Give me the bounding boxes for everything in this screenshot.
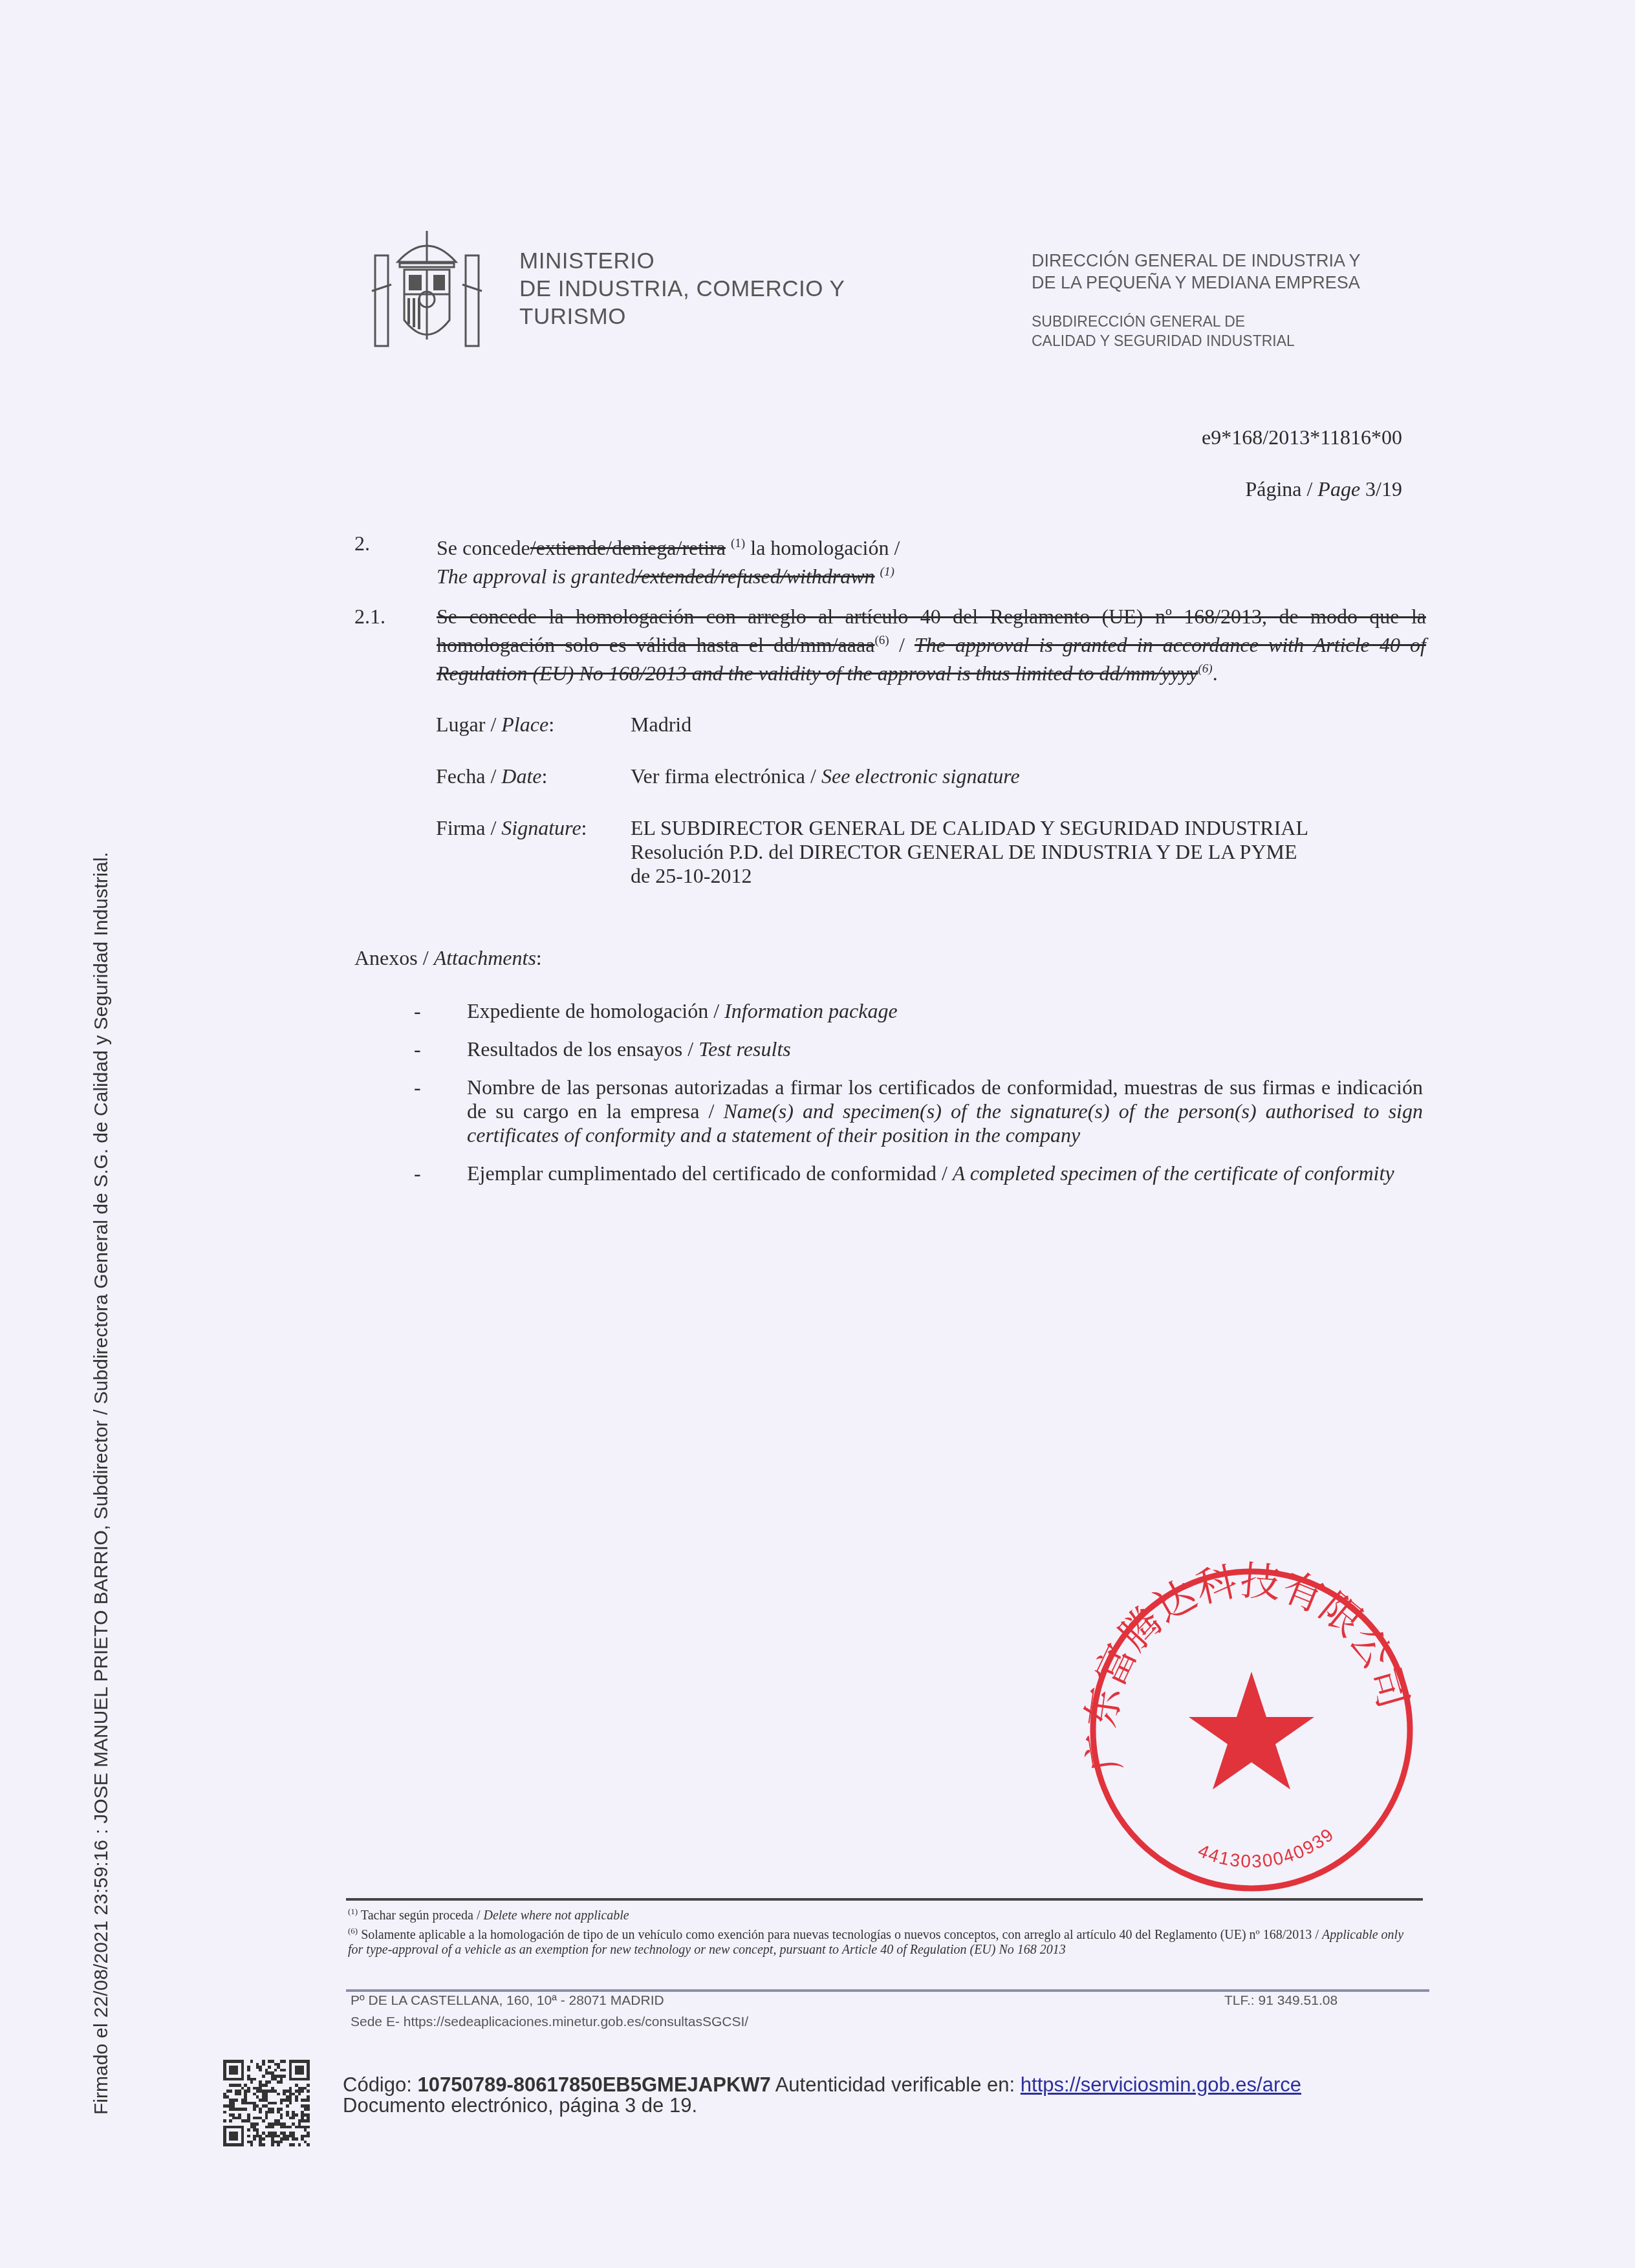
- company-seal-stamp: 广东富腾达科技有限公司 4413030040939: [1061, 1555, 1436, 1905]
- list-item: -Ejemplar cumplimentado del certificado …: [414, 1161, 1423, 1185]
- section-2-number: 2.: [354, 532, 370, 556]
- ministry-name: MINISTERIO DE INDUSTRIA, COMERCIO Y TURI…: [519, 247, 845, 330]
- star-icon: [1189, 1672, 1314, 1789]
- subdirectorate-general: SUBDIRECCIÓN GENERAL DE CALIDAD Y SEGURI…: [1032, 312, 1295, 351]
- section-2-1-number: 2.1.: [354, 605, 385, 629]
- place-value: Madrid: [631, 713, 1439, 737]
- qr-code-icon: [223, 2060, 310, 2146]
- section-2-text: Se concede/extiende/deniega/retira (1) l…: [437, 532, 1433, 588]
- footer-sede-link[interactable]: Sede E- https://sedeaplicaciones.minetur…: [351, 2014, 748, 2030]
- list-item: -Nombre de las personas autorizadas a fi…: [414, 1075, 1423, 1147]
- page-number: Página / Page 3/19: [1245, 477, 1402, 501]
- svg-text:4413030040939: 4413030040939: [1195, 1824, 1338, 1871]
- list-item: -Expediente de homologación / Informatio…: [414, 999, 1423, 1023]
- footnote-6: (6) Solamente aplicable a la homologació…: [348, 1923, 1422, 1958]
- stamp-number: 4413030040939: [1195, 1824, 1338, 1871]
- footer-divider: [346, 1989, 1429, 1992]
- spanish-coat-of-arms-icon: [369, 223, 485, 352]
- list-item: -Resultados de los ensayos / Test result…: [414, 1037, 1423, 1061]
- section-2-1-text: Se concede la homologación con arreglo a…: [437, 605, 1426, 685]
- verification-code: 10750789-80617850EB5GMEJAPKW7: [417, 2073, 770, 2096]
- footer-address: Pº DE LA CASTELLANA, 160, 10ª - 28071 MA…: [351, 1993, 664, 2009]
- footnotes: (1) Tachar según proceda / Delete where …: [348, 1904, 1422, 1958]
- annexes-heading: Anexos / Attachments:: [354, 946, 542, 970]
- signature-value: EL SUBDIRECTOR GENERAL DE CALIDAD Y SEGU…: [631, 816, 1439, 888]
- place-label: Lugar / Place:: [436, 713, 554, 737]
- footer-phone: TLF.: 91 349.51.08: [1224, 1993, 1337, 2009]
- side-signature: Firmado el 22/08/2021 23:59:16 : JOSE MA…: [91, 852, 113, 2115]
- verification-block: Código: 10750789-80617850EB5GMEJAPKW7 Au…: [343, 2075, 1301, 2116]
- date-label: Fecha / Date:: [436, 764, 547, 788]
- annexes-list: -Expediente de homologación / Informatio…: [414, 999, 1423, 1200]
- approval-reference: e9*168/2013*11816*00: [1202, 426, 1402, 449]
- document-info: Documento electrónico, página 3 de 19.: [343, 2095, 1301, 2116]
- footnote-divider: [346, 1898, 1423, 1901]
- directorate-general: DIRECCIÓN GENERAL DE INDUSTRIA Y DE LA P…: [1032, 250, 1361, 294]
- date-value: Ver firma electrónica / See electronic s…: [631, 764, 1439, 788]
- signature-label: Firma / Signature:: [436, 816, 587, 840]
- verification-link[interactable]: https://serviciosmin.gob.es/arce: [1021, 2073, 1301, 2096]
- footnote-1: (1) Tachar según proceda / Delete where …: [348, 1904, 1422, 1923]
